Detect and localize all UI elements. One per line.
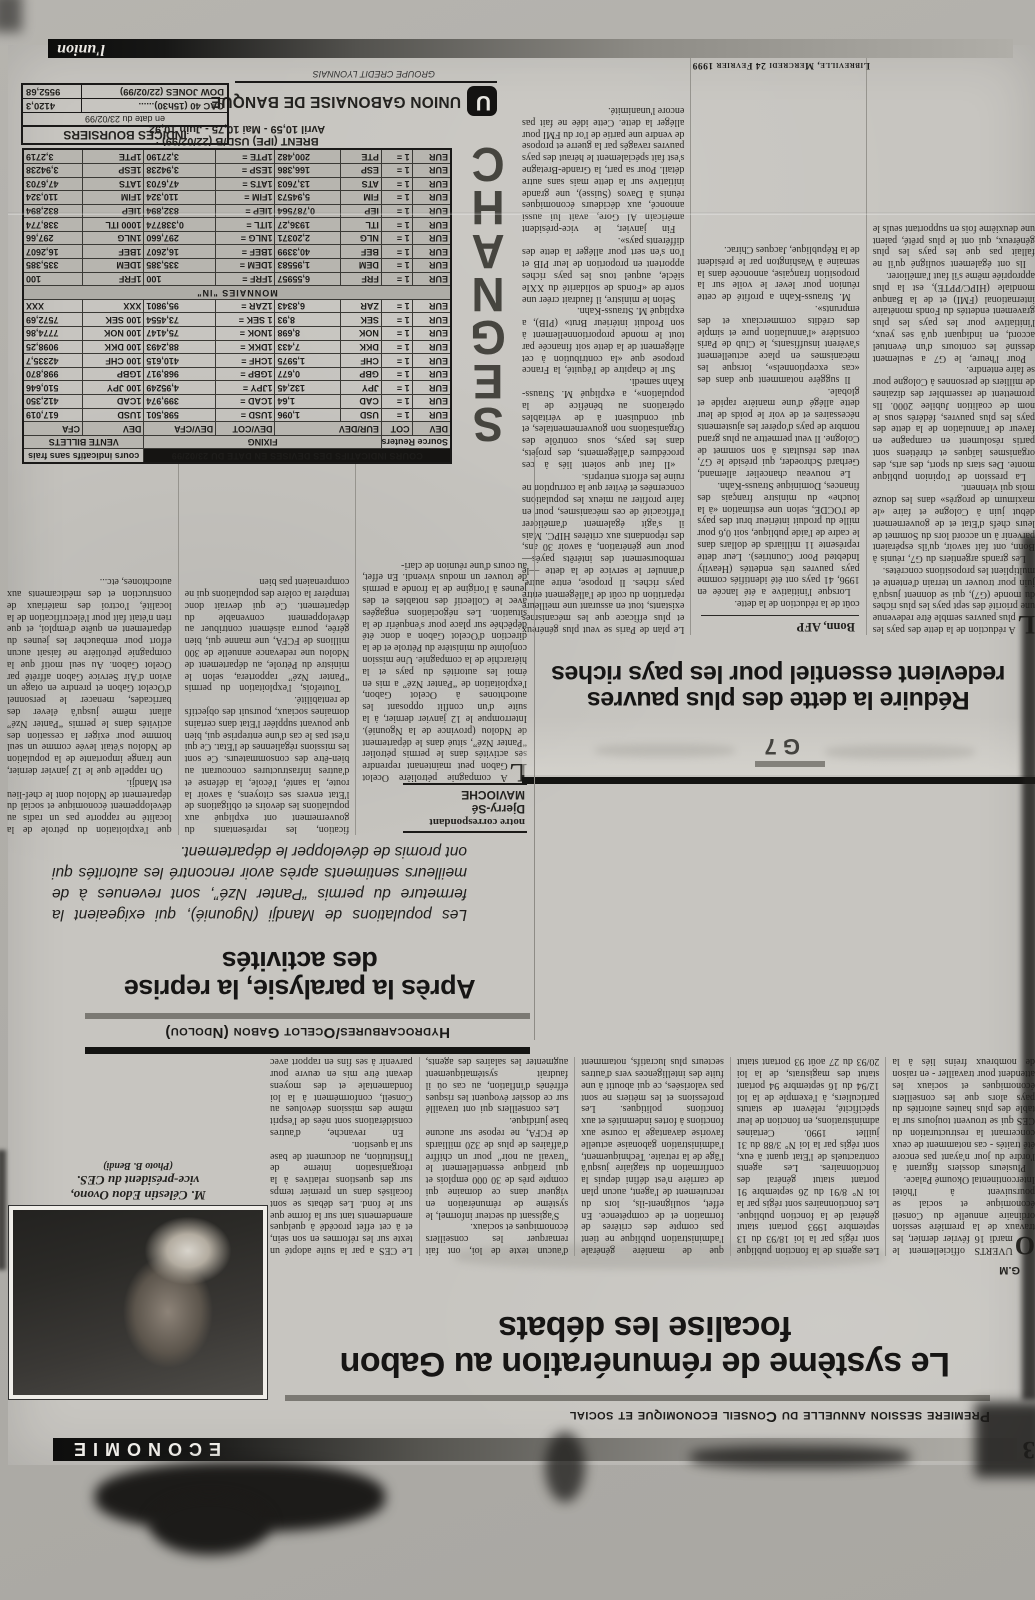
article-column: d'aucun texte de loi, ont fait remarquer…: [420, 1057, 576, 1256]
paper-crease: [8, 212, 1035, 215]
table-title-row: COURS INDICATIFS DES DEVISES EN DATE DU …: [23, 449, 451, 463]
scan-smudge: [690, 1446, 910, 1468]
currency-row: EUR1 =JPY132,451JPY =4,95249100 JPY510,6…: [23, 381, 451, 395]
currency-row: EUR1 =PTE200,4821PTE =3,271901PTE3,2719: [23, 149, 451, 163]
photo-credit: (Photo B. Bendi): [8, 1158, 268, 1173]
photo-caption: M. Célestin Edou Ovono, vice-président d…: [8, 1158, 268, 1203]
column-divider: [534, 455, 535, 1040]
forex-table: COURS INDICATIFS DES DEVISES EN DATE DU …: [22, 148, 452, 464]
newspaper-page: 3 ECONOMIE Premiere session annuelle du …: [8, 45, 1035, 1465]
article-column: OUVERTS officiellement le mardi 16 févri…: [886, 1057, 1035, 1256]
bank-group: GROUPE CREDIT LYONNAIS: [313, 69, 435, 79]
portrait-photo: [13, 1210, 263, 1395]
g7-kicker: G 7: [765, 733, 800, 759]
currency-row: EUR1 =ITL1936,271ITL =0,3387741000 ITL33…: [23, 218, 451, 232]
faded-kicker-zone: G 7: [522, 717, 1035, 775]
scan-smudge: [150, 1495, 270, 1555]
ocelot-kicker-rule: [85, 1013, 530, 1019]
monnaies-in-row: MONNAIES "IN": [23, 286, 451, 300]
ink-showthrough: [825, 745, 975, 759]
ink-showthrough: [595, 744, 735, 757]
source-label: Source Reuters Paris/UGB: [381, 435, 451, 449]
ocelot-headline: Après la paralysie, la reprise des activ…: [70, 946, 530, 1003]
currency-row: EUR1 =SEK8,931 SEK =73,4554100 SEK7572,6…: [23, 313, 451, 327]
article-column: Le CES a par la suite adopté un texte su…: [270, 1057, 420, 1256]
currency-row: EUR1 =NLG2,203711NLG =297,6601NLG297,66: [23, 231, 451, 245]
currency-row: EUR1 =NOK8,6981NOK =75,4147100 NOK7774,8…: [23, 327, 451, 341]
article-column: Les agents de la fonction publique sont …: [731, 1057, 887, 1256]
currency-row: EUR1 =ESP166,3861ESP =3,942381ESP3,94238: [23, 163, 451, 177]
currency-row: EUR1 =CAD1,641CAD =399,9741CAD412,350: [23, 395, 451, 409]
table-title: COURS INDICATIFS DES DEVISES EN DATE DU …: [144, 449, 451, 463]
remuneration-byline: G.M: [999, 1264, 1020, 1276]
vente-label: VENTE BILLETS: [23, 435, 144, 449]
ugb-logo-icon: U: [467, 86, 497, 116]
section-banner-label: ECONOMIE: [67, 1438, 221, 1459]
scan-edge-shadow: [1022, 535, 1035, 1400]
ocelot-top-rule: [85, 1047, 530, 1054]
cac40-row: CAC 40 (15h30)...... 4120,3: [23, 98, 227, 112]
table-header-row: DEV COT EUR/DEV DEV/COT DEV/CFA DEV CFA: [23, 422, 451, 436]
masthead-title: l'union: [57, 40, 105, 58]
frais-label: cours indicatifs sans frais: [23, 449, 144, 463]
currency-row: EUR1 =DKK7,4331DKK =88,2493100 DKK9098,2…: [23, 340, 451, 354]
remuneration-kicker: Premiere session annuelle du Conseil eco…: [285, 1408, 990, 1425]
article-column: LA réduction de la dette des pays les pl…: [867, 58, 1035, 635]
dowjones-row: DOW JONES (22/02/99) 9552,68: [23, 85, 227, 98]
article-column: que de manière générale l'administration…: [575, 1057, 731, 1256]
currency-row: EUR1 =USD1,0961USD =598,5011USD617,019: [23, 408, 451, 422]
article-column: LA compagnie pétrolière Ocelot Gabon peu…: [356, 457, 527, 835]
ocelot-kicker: Hydrocarbures/Ocelot Gabon (Ndolou): [85, 1024, 530, 1041]
article-column: fication, les représentants du gouvernem…: [179, 457, 357, 835]
scan-edge-mark: [0, 1150, 6, 1270]
table-band-row: Source Reuters Paris/UGB FIXING VENTE BI…: [23, 435, 451, 449]
masthead-bar: l'union: [48, 39, 1013, 58]
currency-row: EUR1 =GBP0,6771GBP =968,9171GBP998,870: [23, 367, 451, 381]
indices-title: INDICES BOURSIERS: [23, 125, 227, 143]
currency-row: EUR1 =FIM5,945731FIM =110,3241FIM110,324: [23, 191, 451, 205]
remuneration-body: OUVERTS officiellement le mardi 16 févri…: [270, 1057, 1035, 1256]
changes-banner: CHANGES: [457, 145, 519, 445]
currency-row: EUR1 =DEM1,955831DEM =335,3851DEM335,385: [23, 259, 451, 273]
scan-smudge: [545, 1432, 585, 1502]
ocelot-body: LA compagnie pétrolière Ocelot Gabon peu…: [7, 457, 527, 835]
scan-corner-mark: [0, 0, 22, 32]
currency-row: EUR1 =ATS13,76031ATS =47,67031ATS47,6703: [23, 177, 451, 191]
bank-rule: [235, 81, 497, 83]
fixing-label: FIXING: [144, 435, 382, 449]
currency-row: EUR1 =CHF1,59751CHF =410,615100 CHF42335…: [23, 354, 451, 368]
kicker-rule: [285, 1395, 990, 1401]
article-column: que l'exploitation du pétrole de la loca…: [7, 457, 179, 835]
bank-header: U UNION GABONAISE DE BANQUE: [211, 86, 497, 116]
currency-row: EUR1 =BEF40,33991BEF =16,26071BEF16,2607: [23, 245, 451, 259]
debt-headline: Réduire la dette des plus pauvres redevi…: [522, 661, 1035, 714]
scan-smudge: [975, 1402, 1035, 1477]
debt-body: LA réduction de la dette des pays les pl…: [522, 58, 1035, 635]
scanned-newspaper-scene: 3 ECONOMIE Premiere session annuelle du …: [0, 0, 1035, 1600]
photo-frame: [8, 1205, 268, 1400]
ocelot-intro: Les populations de Mandji (Ngounié), qui…: [52, 841, 467, 925]
article-column: coût de la réduction de la dette.Lorsque…: [691, 58, 866, 635]
currency-row: EUR1 =FRF6,559571FRF =1001FRF100: [23, 272, 451, 286]
indices-date: en date du 23/02/99: [23, 112, 227, 125]
article-column: Le plan de Paris se veut plus généreux e…: [522, 58, 691, 635]
kicker-dash: [755, 761, 825, 767]
debt-top-rule: [522, 777, 1035, 784]
stock-indices-box: INDICES BOURSIERS en date du 23/02/99 CA…: [21, 83, 229, 145]
masthead-dateline: Libreville, Mercredi 24 Fevrier 1999: [692, 60, 870, 70]
remuneration-headline: Le système de rémunération au Gabon foca…: [290, 1310, 1000, 1381]
currency-row: EUR1 =ZAR6,83431ZAR =95,9801XXXXXX: [23, 299, 451, 313]
